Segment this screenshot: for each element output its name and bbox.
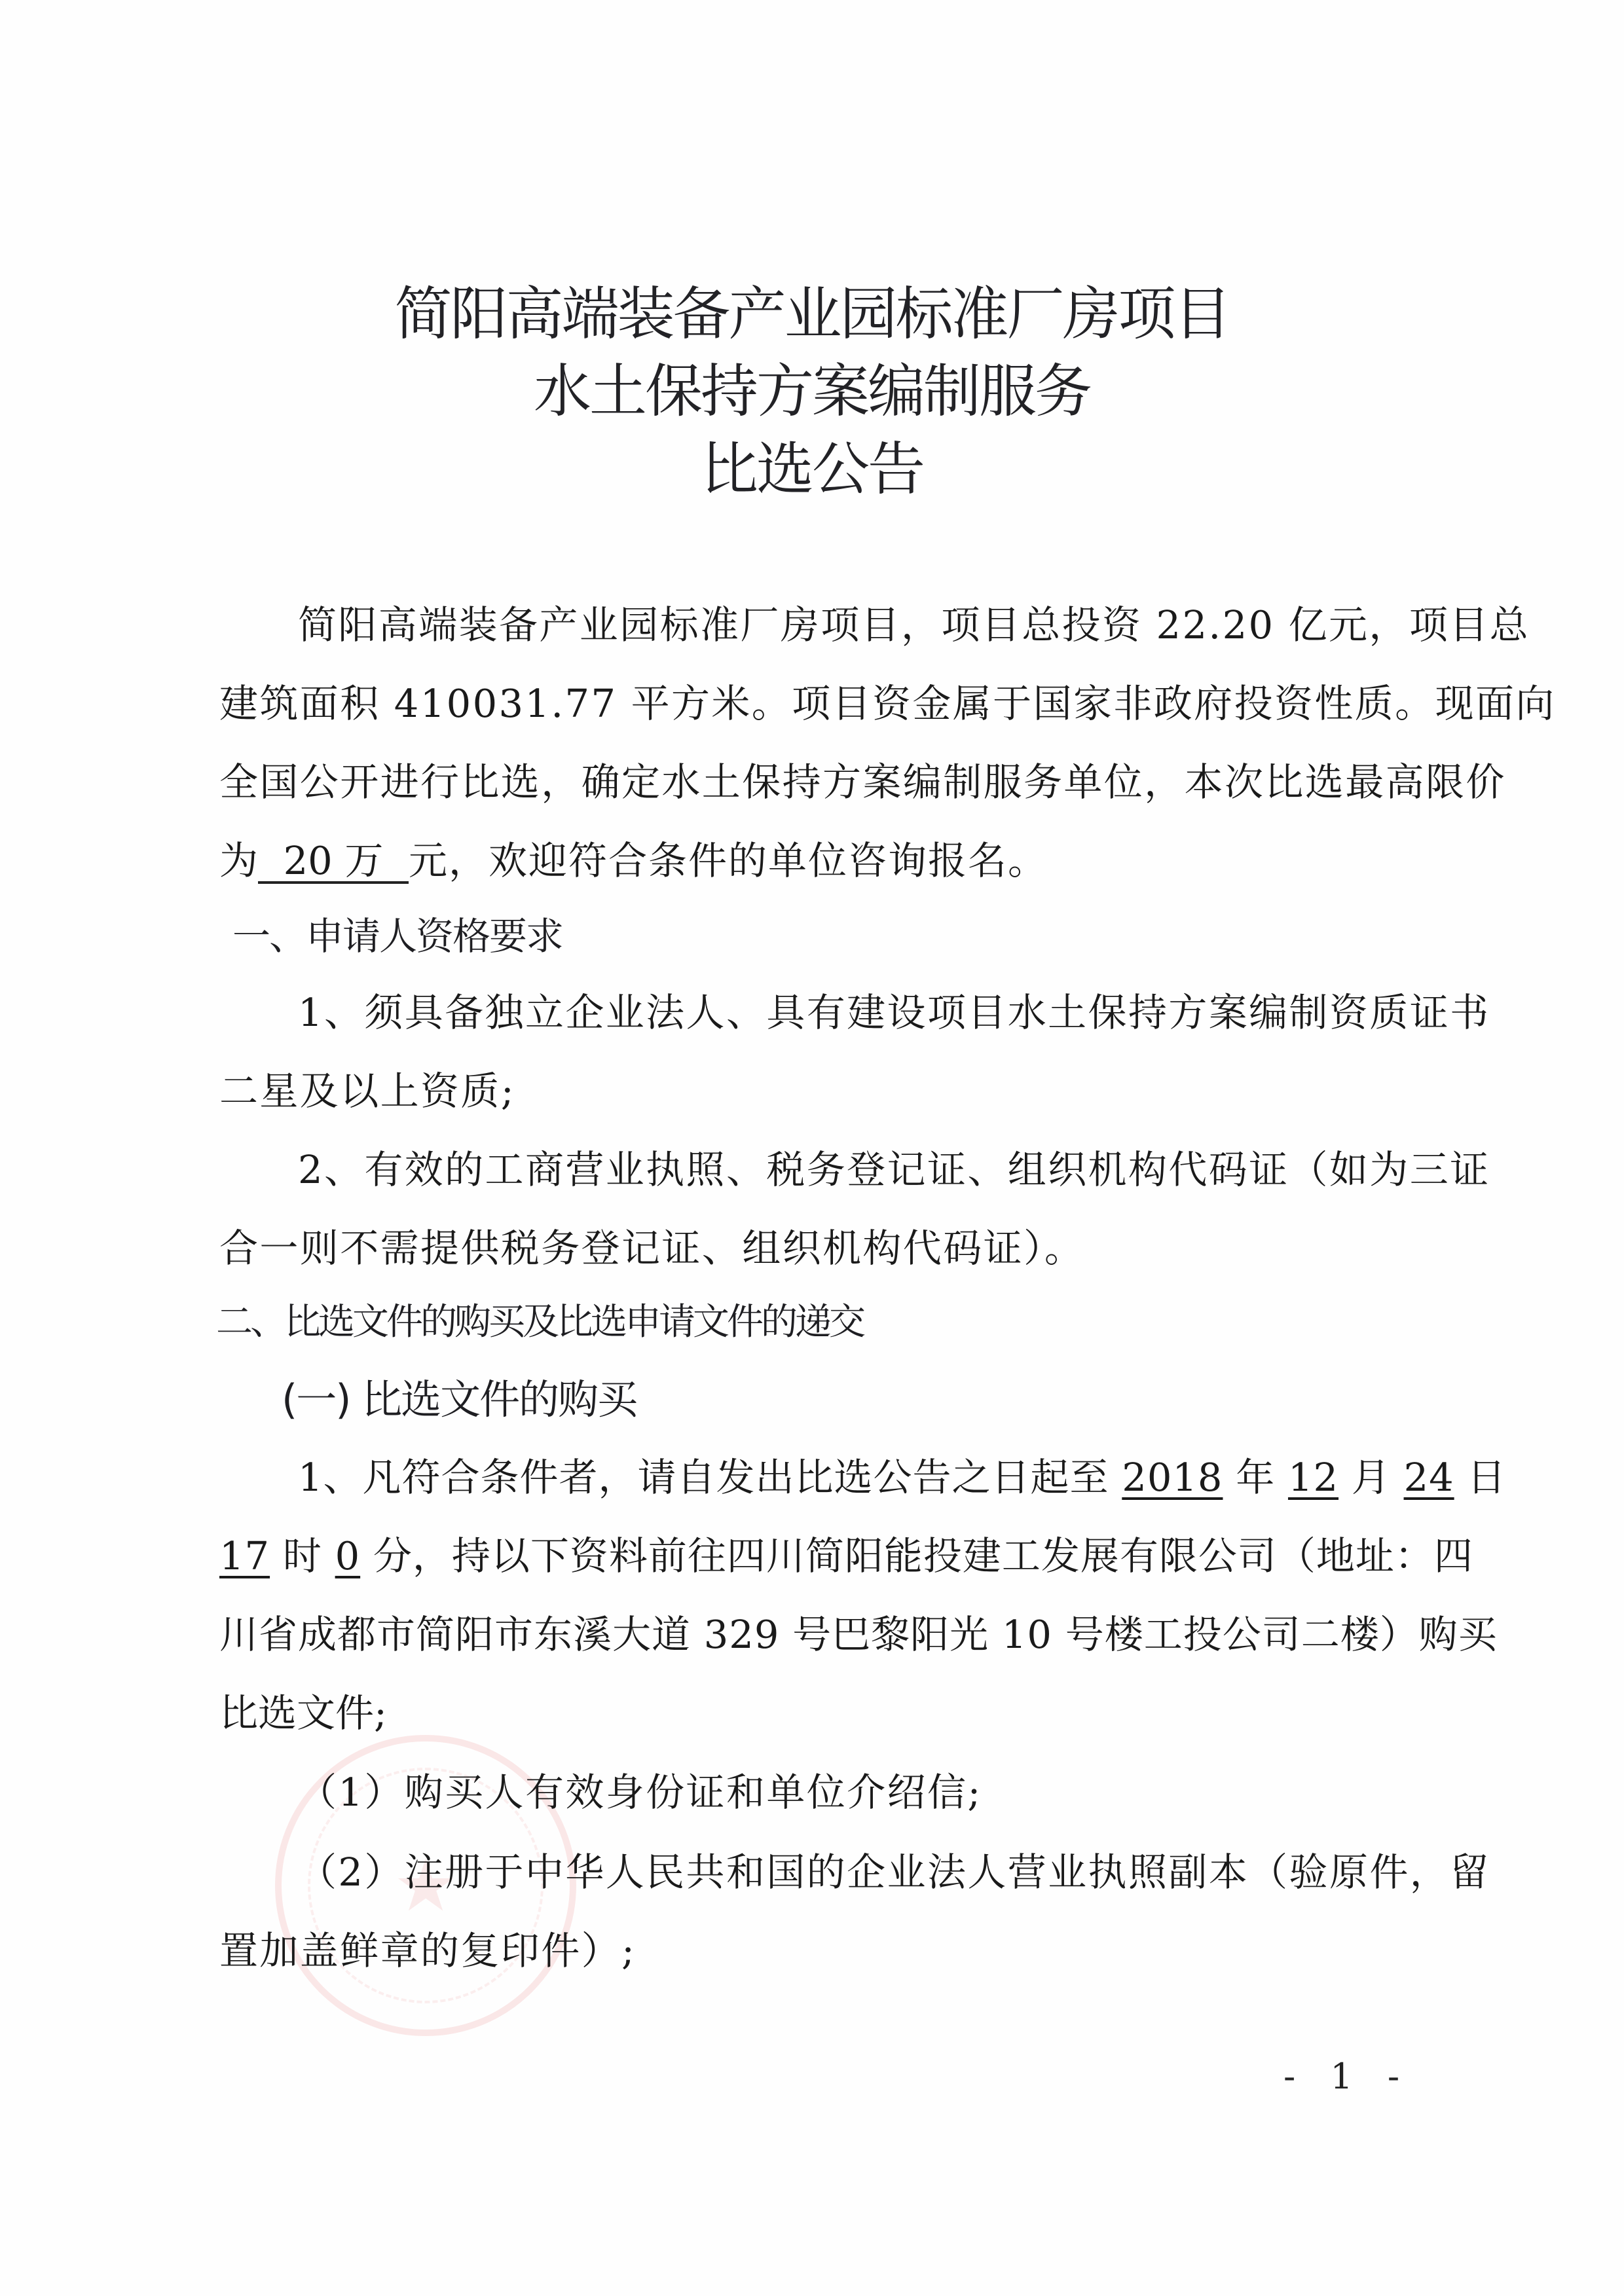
- intro-line-3: 全国公开进行比选，确定水土保持方案编制服务单位，本次比选最高限价: [219, 759, 1506, 805]
- requirement-2-line1: （2）注册于中华人民共和国的企业法人营业执照副本（验原件，留: [298, 1850, 1490, 1895]
- deadline-month: 12: [1288, 1455, 1338, 1500]
- section1-item2-line2: 合一则不需提供税务登记证、组织机构代码证）。: [219, 1226, 1084, 1271]
- section2-subheading: (一) 比选文件的购买: [282, 1377, 637, 1423]
- max-price-field: 20 万: [258, 841, 409, 884]
- intro-prefix: 为: [219, 838, 258, 883]
- intro-line-1: 简阳高端装备产业园标准厂房项目，项目总投资 22.20 亿元，项目总: [298, 602, 1530, 648]
- year-label: 年: [1223, 1455, 1288, 1500]
- section1-item1-line2: 二星及以上资质;: [219, 1068, 515, 1114]
- intro-suffix: 元，欢迎符合条件的单位咨询报名。: [409, 838, 1048, 883]
- deadline-year: 2018: [1122, 1455, 1223, 1500]
- item1-line2-suffix: 分，持以下资料前往四川简阳能投建工发展有限公司（地址：四: [360, 1533, 1473, 1578]
- requirement-2-line2: 置加盖鲜章的复印件）;: [219, 1928, 636, 1974]
- intro-line-4: 为20 万元，欢迎符合条件的单位咨询报名。: [219, 838, 1048, 884]
- deadline-minute: 0: [335, 1533, 361, 1578]
- document-page: 简阳高端装备产业园标准厂房项目 水土保持方案编制服务 比选公告 简阳高端装备产业…: [0, 0, 1624, 2296]
- section2-item1-line4: 比选文件;: [219, 1690, 387, 1736]
- section2-heading: 二、比选文件的购买及比选申请文件的递交: [216, 1300, 863, 1345]
- day-label: 日: [1454, 1455, 1507, 1500]
- page-number: - 1 -: [1283, 2056, 1411, 2097]
- intro-line-2: 建筑面积 410031.77 平方米。项目资金属于国家非政府投资性质。现面向: [219, 681, 1556, 727]
- section1-item2-line1: 2、有效的工商营业执照、税务登记证、组织机构代码证（如为三证: [298, 1147, 1490, 1193]
- deadline-hour: 17: [219, 1533, 270, 1578]
- section1-item1-line1: 1、须具备独立企业法人、具有建设项目水土保持方案编制资质证书: [298, 990, 1490, 1036]
- requirement-1: （1）购买人有效身份证和单位介绍信;: [298, 1770, 982, 1815]
- title-line-2: 水土保持方案编制服务: [0, 359, 1624, 424]
- title-line-1: 简阳高端装备产业园标准厂房项目: [0, 282, 1624, 347]
- section2-item1-line2: 17 时 0 分，持以下资料前往四川简阳能投建工发展有限公司（地址：四: [219, 1533, 1473, 1579]
- item1-prefix: 1、凡符合条件者，请自发出比选公告之日起至: [298, 1455, 1122, 1500]
- title-line-3: 比选公告: [0, 437, 1624, 502]
- section2-item1-line3: 川省成都市简阳市东溪大道 329 号巴黎阳光 10 号楼工投公司二楼）购买: [219, 1612, 1498, 1658]
- section1-heading: 一、申请人资格要求: [232, 913, 563, 959]
- hour-label: 时: [270, 1533, 335, 1578]
- section2-item1-line1: 1、凡符合条件者，请自发出比选公告之日起至 2018 年 12 月 24 日: [298, 1455, 1506, 1501]
- deadline-day: 24: [1404, 1455, 1454, 1500]
- month-label: 月: [1338, 1455, 1404, 1500]
